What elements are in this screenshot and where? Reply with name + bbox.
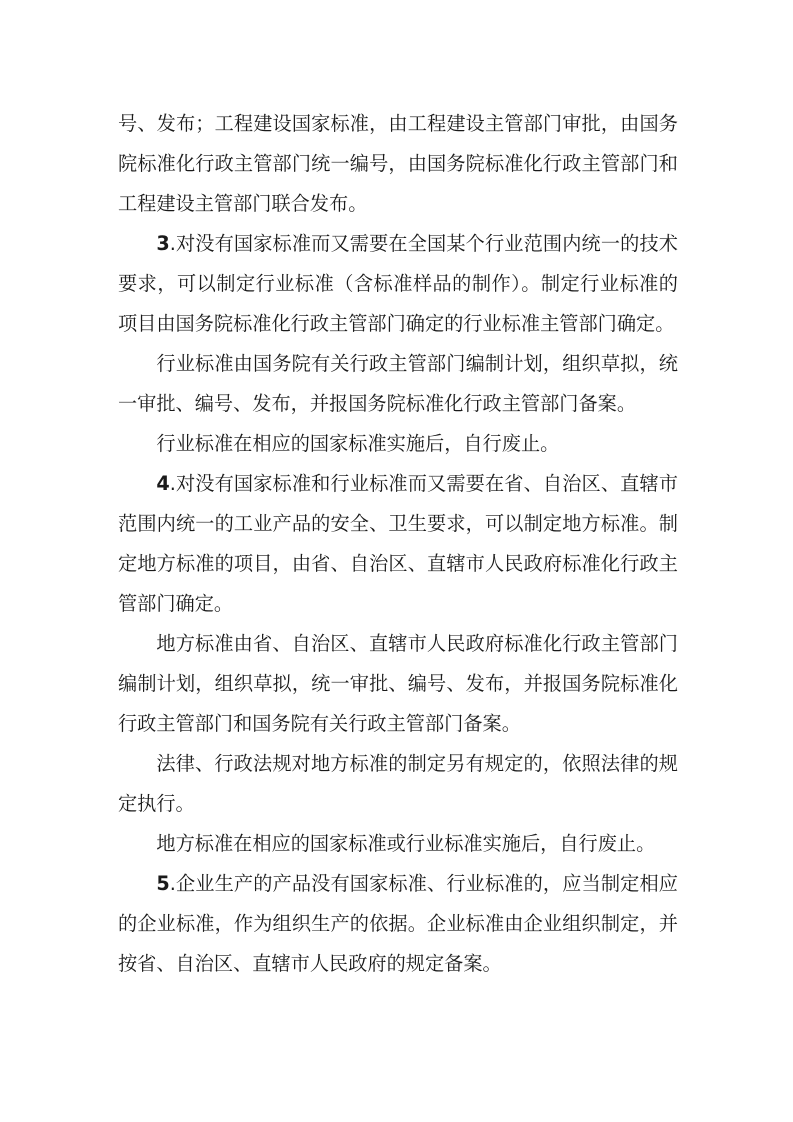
- paragraph-text: .企业生产的产品没有国家标准、行业标准的，应当制定相应的企业标准，作为组织生产的…: [118, 872, 678, 975]
- paragraph-text: 行业标准由国务院有关行政主管部门编制计划，组织草拟，统一审批、编号、发布，并报国…: [118, 352, 678, 415]
- paragraph-local-standard-plan: 地方标准由省、自治区、直辖市人民政府标准化行政主管部门编制计划，组织草拟，统一审…: [118, 624, 678, 744]
- paragraph-local-standard-repeal: 地方标准在相应的国家标准或行业标准实施后，自行废止。: [118, 824, 678, 864]
- item-number: 4: [156, 472, 169, 495]
- paragraph-item-3: 3.对没有国家标准而又需要在全国某个行业范围内统一的技术要求，可以制定行业标准（…: [118, 224, 678, 344]
- item-number: 3: [156, 232, 169, 255]
- paragraph-text: 号、发布；工程建设国家标准，由工程建设主管部门审批，由国务院标准化行政主管部门统…: [118, 112, 678, 215]
- paragraph-text: 地方标准由省、自治区、直辖市人民政府标准化行政主管部门编制计划，组织草拟，统一审…: [118, 632, 678, 735]
- paragraph-continued: 号、发布；工程建设国家标准，由工程建设主管部门审批，由国务院标准化行政主管部门统…: [118, 104, 678, 224]
- paragraph-item-5: 5.企业生产的产品没有国家标准、行业标准的，应当制定相应的企业标准，作为组织生产…: [118, 864, 678, 984]
- paragraph-text: 行业标准在相应的国家标准实施后，自行废止。: [156, 432, 559, 455]
- paragraph-text: 法律、行政法规对地方标准的制定另有规定的，依照法律的规定执行。: [118, 752, 678, 815]
- paragraph-industry-standard-plan: 行业标准由国务院有关行政主管部门编制计划，组织草拟，统一审批、编号、发布，并报国…: [118, 344, 678, 424]
- paragraph-text: .对没有国家标准和行业标准而又需要在省、自治区、直辖市范围内统一的工业产品的安全…: [118, 472, 678, 615]
- paragraph-industry-standard-repeal: 行业标准在相应的国家标准实施后，自行废止。: [118, 424, 678, 464]
- paragraph-text: 地方标准在相应的国家标准或行业标准实施后，自行废止。: [156, 832, 655, 855]
- paragraph-item-4: 4.对没有国家标准和行业标准而又需要在省、自治区、直辖市范围内统一的工业产品的安…: [118, 464, 678, 624]
- item-number: 5: [156, 872, 169, 895]
- paragraph-text: .对没有国家标准而又需要在全国某个行业范围内统一的技术要求，可以制定行业标准（含…: [118, 232, 678, 335]
- paragraph-local-standard-law: 法律、行政法规对地方标准的制定另有规定的，依照法律的规定执行。: [118, 744, 678, 824]
- document-page: 号、发布；工程建设国家标准，由工程建设主管部门审批，由国务院标准化行政主管部门统…: [118, 104, 678, 984]
